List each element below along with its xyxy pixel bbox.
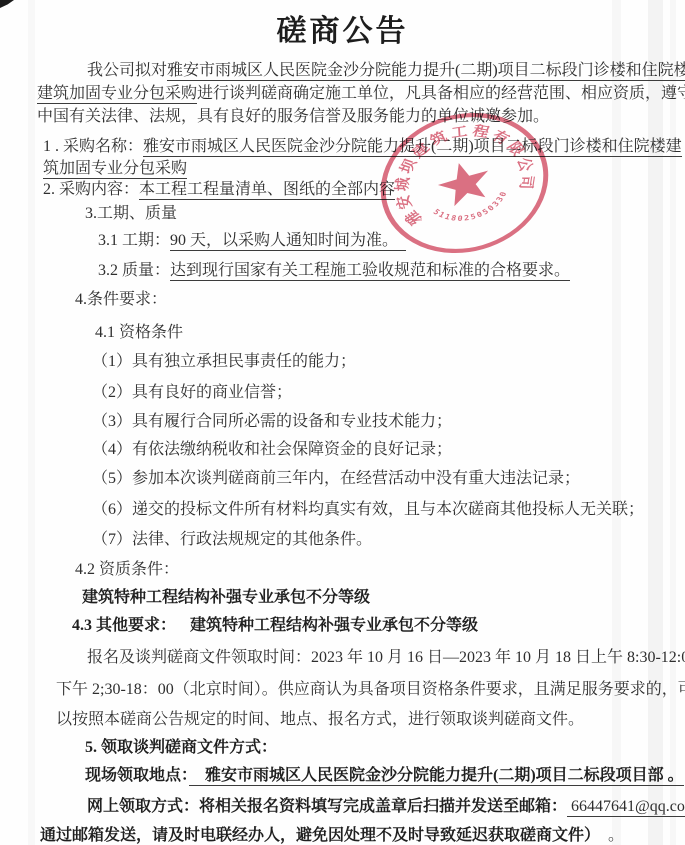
pickup-time-line-2: 下午 2;30-18：00（北京时间）。供应商认为具备项目资格条件要求，且满足服… <box>56 679 685 700</box>
pickup-time-line-1: 报名及谈判磋商文件领取时间：2023 年 10 月 16 日—2023 年 10… <box>87 647 685 668</box>
online-pickup-label: 网上领取方式： <box>87 798 199 815</box>
intro-line-1-plain: 我公司拟对 <box>87 62 167 79</box>
doc-title: 磋商公告 <box>0 6 685 50</box>
condition-1: （1）具有独立承担民事责任的能力； <box>92 351 356 372</box>
online-pickup-email: 66447641@qq.com(若 <box>567 798 685 817</box>
online-pickup-wrap-end: 。 <box>608 827 624 844</box>
online-pickup-instruction: 将相关报名资料填写完成盖章后扫描并发送至邮箱： <box>199 798 567 815</box>
intro-line-2: 建筑加固专业分包采购进行谈判磋商确定施工单位，凡具备相应的经营范围、相应资质，遵… <box>37 83 685 104</box>
seal-registration-number: 5118025050330 <box>430 187 514 231</box>
condition-7: （7）法律、行政法规规定的其他条件。 <box>92 529 372 550</box>
condition-3: （3）具有履行合同所必需的设备和专业技术能力； <box>92 411 452 432</box>
intro-line-1: 我公司拟对雅安市雨城区人民医院金沙分院能力提升(二期)项目二标段门诊楼和住院楼 <box>87 60 685 81</box>
onsite-pickup-value: 雅安市雨城区人民医院金沙分院能力提升(二期)项目二标段项目部 。 <box>189 767 684 786</box>
item-1-procurement-name: 1 . 采购名称：雅安市雨城区人民医院金沙分院能力提升(二期)项目二标段门诊楼和… <box>43 136 682 157</box>
section-4-1-heading: 4.1 资格条件 <box>95 322 183 343</box>
section-4-3-other-requirements: 4.3 其他要求：建筑特种工程结构补强专业承包不分等级 <box>72 615 478 636</box>
section-4-3-value: 建筑特种工程结构补强专业承包不分等级 <box>190 617 478 634</box>
item-1-value-line2: 筑加固专业分包采购 <box>43 160 187 179</box>
scan-streak <box>670 0 676 845</box>
seal-star-icon <box>434 156 495 209</box>
section-4-3-label: 4.3 其他要求： <box>72 617 176 634</box>
intro-line-2-underlined: 建筑加固专业分包采购 <box>37 85 197 104</box>
condition-6: （6）递交的投标文件所有材料均真实有效，且与本次磋商其他投标人无关联； <box>92 499 644 520</box>
intro-line-2-plain: 进行谈判磋商确定施工单位，凡具备相应的经营范围、相应资质，遵守 <box>197 85 685 102</box>
item-3-2-quality: 3.2 质量：达到现行国家有关工程施工验收规范和标准的合格要求。 <box>98 260 570 281</box>
item-3-2-value: 达到现行国家有关工程施工验收规范和标准的合格要求。 <box>170 262 570 281</box>
item-1-label: 1 . 采购名称： <box>43 138 143 155</box>
onsite-pickup-line: 现场领取地点： 雅安市雨城区人民医院金沙分院能力提升(二期)项目二标段项目部 。 <box>85 765 684 786</box>
condition-4: （4）有依法缴纳税收和社会保障资金的良好记录； <box>92 439 452 460</box>
online-pickup-line: 网上领取方式：将相关报名资料填写完成盖章后扫描并发送至邮箱： 66447641@… <box>87 796 685 817</box>
section-4-heading: 4.条件要求： <box>75 289 167 310</box>
item-3-1-value: 90 天，以采购人通知时间为准。 <box>170 232 406 251</box>
item-1-wrap: 筑加固专业分包采购 <box>43 158 187 179</box>
item-2-value: 本工程工程量清单、图纸的全部内容 <box>139 181 395 200</box>
item-3-1-duration: 3.1 工期：90 天，以采购人通知时间为准。 <box>98 230 406 251</box>
item-3-1-label: 3.1 工期： <box>98 232 170 249</box>
section-4-2-heading: 4.2 资质条件： <box>75 559 179 580</box>
item-1-value-line1: 雅安市雨城区人民医院金沙分院能力提升(二期)项目二标段门诊楼和住院楼建 <box>143 138 682 157</box>
scan-streak <box>28 0 35 845</box>
intro-line-1-underlined: 雅安市雨城区人民医院金沙分院能力提升(二期)项目二标段门诊楼和住院楼 <box>167 62 685 81</box>
scanned-announcement-page: 磋商公告 我公司拟对雅安市雨城区人民医院金沙分院能力提升(二期)项目二标段门诊楼… <box>0 0 685 845</box>
scan-streak <box>612 0 621 845</box>
online-pickup-wrap-line: 通过邮箱发送，请及时电联经办人，避免因处理不及时导致延迟获取磋商文件） 。 <box>40 825 624 845</box>
online-pickup-wrap-underlined: 通过邮箱发送，请及时电联经办人，避免因处理不及时导致延迟获取磋商文件） <box>40 827 608 845</box>
item-3-heading: 3.工期、质量 <box>85 203 177 224</box>
item-2-label: 2. 采购内容： <box>43 181 139 198</box>
condition-2: （2）具有良好的商业信誉； <box>92 382 292 403</box>
pickup-time-line-3: 以按照本磋商公告规定的时间、地点、报名方式，进行领取谈判磋商文件。 <box>56 709 584 730</box>
qualification-line: 建筑特种工程结构补强专业承包不分等级 <box>82 587 370 608</box>
item-3-2-label: 3.2 质量： <box>98 262 170 279</box>
item-2-procurement-content: 2. 采购内容：本工程工程量清单、图纸的全部内容 <box>43 179 395 200</box>
intro-line-3: 中国有关法律、法规，具有良好的服务信誉及服务能力的单位诚邀参加。 <box>37 106 549 127</box>
section-5-heading: 5. 领取谈判磋商文件方式： <box>85 737 277 758</box>
scan-streak <box>648 0 663 845</box>
condition-5: （5）参加本次谈判磋商前三年内，在经营活动中没有重大违法记录； <box>92 468 580 489</box>
onsite-pickup-label: 现场领取地点： <box>85 767 189 784</box>
